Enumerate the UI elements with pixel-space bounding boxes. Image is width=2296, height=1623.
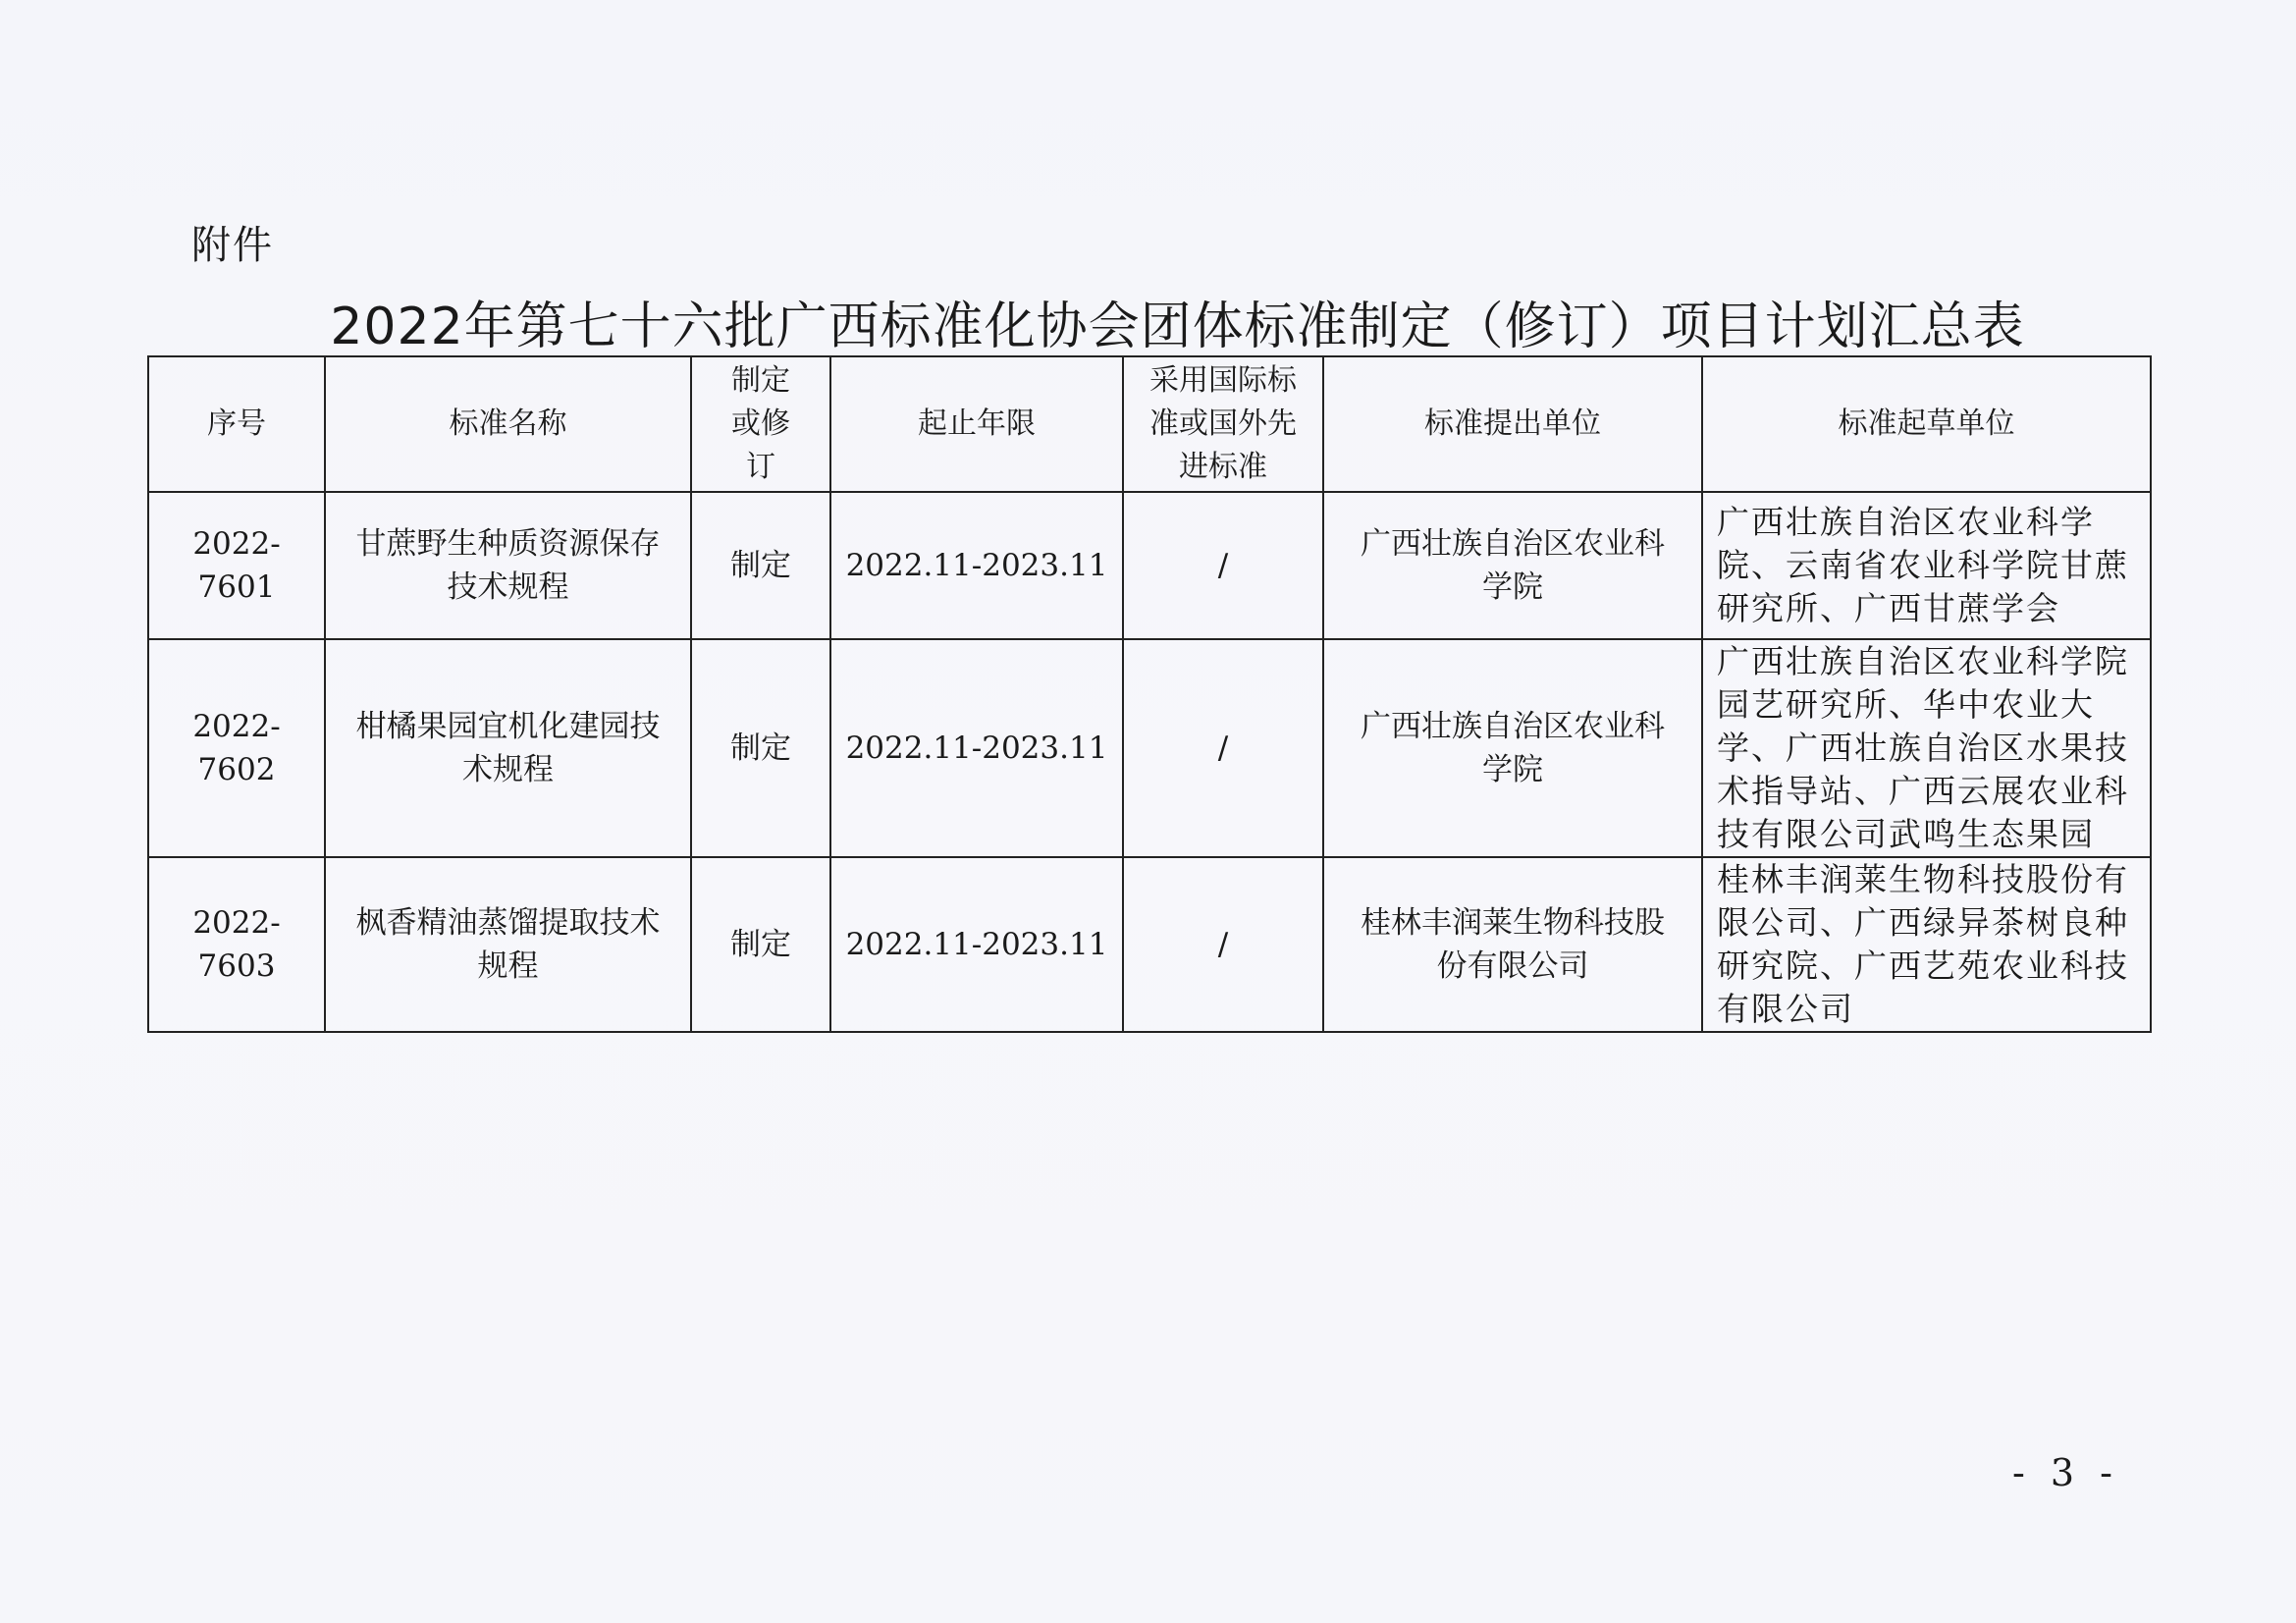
cell-drafter: 桂林丰润莱生物科技股份有限公司、广西绿异茶树良种研究院、广西艺苑农业科技有限公司 xyxy=(1702,857,2151,1032)
header-number: 序号 xyxy=(148,356,325,492)
cell-proposer: 广西壮族自治区农业科学院 xyxy=(1323,639,1702,857)
cell-international-standard: / xyxy=(1123,639,1323,857)
cell-international-standard: / xyxy=(1123,492,1323,639)
table-row: 2022-7603 枫香精油蒸馏提取技术规程 制定 2022.11-2023.1… xyxy=(148,857,2151,1032)
cell-proposer: 桂林丰润莱生物科技股份有限公司 xyxy=(1323,857,1702,1032)
header-international-standard: 采用国际标准或国外先进标准 xyxy=(1123,356,1323,492)
cell-type: 制定 xyxy=(691,857,830,1032)
header-standard-name: 标准名称 xyxy=(325,356,691,492)
cell-type: 制定 xyxy=(691,639,830,857)
header-proposer: 标准提出单位 xyxy=(1323,356,1702,492)
cell-drafter: 广西壮族自治区农业科学院、云南省农业科学院甘蔗研究所、广西甘蔗学会 xyxy=(1702,492,2151,639)
cell-drafter: 广西壮族自治区农业科学院园艺研究所、华中农业大学、广西壮族自治区水果技术指导站、… xyxy=(1702,639,2151,857)
cell-period: 2022.11-2023.11 xyxy=(830,857,1123,1032)
cell-number: 2022-7602 xyxy=(148,639,325,857)
cell-period: 2022.11-2023.11 xyxy=(830,492,1123,639)
table-row: 2022-7601 甘蔗野生种质资源保存技术规程 制定 2022.11-2023… xyxy=(148,492,2151,639)
page-number: - 3 - xyxy=(2012,1451,2112,1494)
cell-number: 2022-7603 xyxy=(148,857,325,1032)
header-drafter: 标准起草单位 xyxy=(1702,356,2151,492)
cell-standard-name: 柑橘果园宜机化建园技术规程 xyxy=(325,639,691,857)
cell-standard-name: 枫香精油蒸馏提取技术规程 xyxy=(325,857,691,1032)
document-page: 附件 2022年第七十六批广西标准化协会团体标准制定（修订）项目计划汇总表 序号… xyxy=(0,0,2296,1623)
cell-number: 2022-7601 xyxy=(148,492,325,639)
table-row: 2022-7602 柑橘果园宜机化建园技术规程 制定 2022.11-2023.… xyxy=(148,639,2151,857)
header-type: 制定或修订 xyxy=(691,356,830,492)
header-period: 起止年限 xyxy=(830,356,1123,492)
attachment-label: 附件 xyxy=(191,214,274,270)
table-header-row: 序号 标准名称 制定或修订 起止年限 采用国际标准或国外先进标准 标准提出单位 … xyxy=(148,356,2151,492)
project-plan-table: 序号 标准名称 制定或修订 起止年限 采用国际标准或国外先进标准 标准提出单位 … xyxy=(147,355,2152,1033)
cell-international-standard: / xyxy=(1123,857,1323,1032)
document-title: 2022年第七十六批广西标准化协会团体标准制定（修订）项目计划汇总表 xyxy=(0,285,2296,358)
cell-standard-name: 甘蔗野生种质资源保存技术规程 xyxy=(325,492,691,639)
cell-proposer: 广西壮族自治区农业科学院 xyxy=(1323,492,1702,639)
cell-period: 2022.11-2023.11 xyxy=(830,639,1123,857)
cell-type: 制定 xyxy=(691,492,830,639)
